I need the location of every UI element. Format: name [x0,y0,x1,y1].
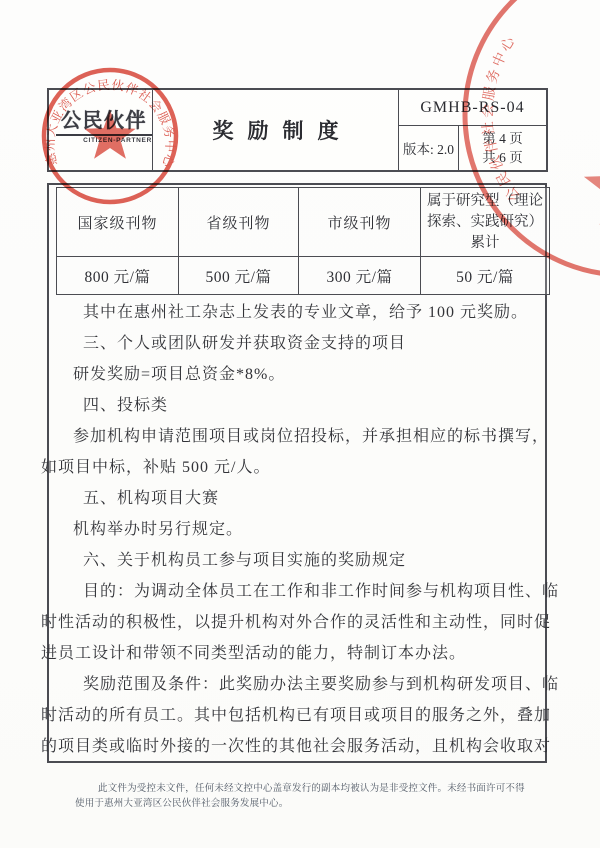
body-line: 六、关于机构员工参与项目实施的奖励规定 [41,545,553,576]
body-line: 目的：为调动全体员工在工作和非工作时间参与机构项目性、临 [41,576,553,607]
body-line: 其中在惠州社工杂志上发表的专业文章，给予 100 元奖励。 [41,297,553,328]
table-header-cell: 市级刊物 [299,188,421,257]
page-total: 共 6 页 [482,148,523,167]
company-logo-subtext: CITIZEN-PARTNER [56,137,152,144]
table-header-cell: 省级刊物 [179,188,299,257]
body-line: 参加机构申请范围项目或岗位招投标，并承担相应的标书撰写， [41,421,553,452]
reward-table-header-row: 国家级刊物 省级刊物 市级刊物 属于研究型（理论探索、实践研究）累计 [57,188,550,257]
table-value-cell: 800 元/篇 [57,257,179,295]
body-line: 研发奖励=项目总资金*8%。 [41,359,553,390]
corner-star-icon [584,147,600,225]
footer-note-line: 此文件为受控未文件，任何未经文控中心盖章发行的副本均被认为是非受控文件。未经书面… [0,782,600,797]
table-header-cell: 国家级刊物 [57,188,179,257]
company-logo-text: 公民伙伴 [56,104,152,136]
table-value-cell: 300 元/篇 [299,257,421,295]
company-logo: 公民伙伴 CITIZEN-PARTNER [56,104,152,144]
body-line: 时性活动的积极性，以提升机构对外合作的灵活性和主动性，同时促 [41,607,553,638]
body-line: 的项目类或临时外接的一次性的其他社会服务活动，且机构会收取对 [41,731,553,762]
header-meta-bottom: 版本: 2.0 第 4 页 共 6 页 [399,126,546,170]
version-label: 版本: 2.0 [399,126,458,170]
body-line: 四、投标类 [41,390,553,421]
page-number: 第 4 页 共 6 页 [458,126,546,170]
body-line: 进员工设计和带领不同类型活动的能力，特制订本办法。 [41,638,553,669]
document-title: 奖励制度 [152,90,398,170]
body-line: 时活动的所有员工。其中包括机构已有项目或项目的服务之外，叠加 [41,700,553,731]
body-line: 机构举办时另行规定。 [41,514,553,545]
table-value-cell: 50 元/篇 [421,257,550,295]
body-text: 其中在惠州社工杂志上发表的专业文章，给予 100 元奖励。三、个人或团队研发并获… [41,297,553,762]
document-code: GMHB-RS-04 [399,90,546,126]
footer-note-line: 使用于惠州大亚湾区公民伙伴社会服务发展中心。 [0,797,600,812]
body-line: 五、机构项目大赛 [41,483,553,514]
document-page: 公民伙伴 CITIZEN-PARTNER 奖励制度 GMHB-RS-04 版本:… [0,0,600,848]
reward-table-value-row: 800 元/篇 500 元/篇 300 元/篇 50 元/篇 [57,257,550,295]
table-header-cell: 属于研究型（理论探索、实践研究）累计 [421,188,550,257]
body-line: 三、个人或团队研发并获取资金支持的项目 [41,328,553,359]
reward-table: 国家级刊物 省级刊物 市级刊物 属于研究型（理论探索、实践研究）累计 800 元… [56,187,550,295]
header-meta-cell: GMHB-RS-04 版本: 2.0 第 4 页 共 6 页 [398,90,546,170]
body-line: 如项目中标，补贴 500 元/人。 [41,452,553,483]
body-line: 奖励范围及条件：此奖励办法主要奖励参与到机构研发项目、临 [41,669,553,700]
table-value-cell: 500 元/篇 [179,257,299,295]
footer-note: 此文件为受控未文件，任何未经文控中心盖章发行的副本均被认为是非受控文件。未经书面… [0,782,600,811]
page-current: 第 4 页 [482,129,523,148]
